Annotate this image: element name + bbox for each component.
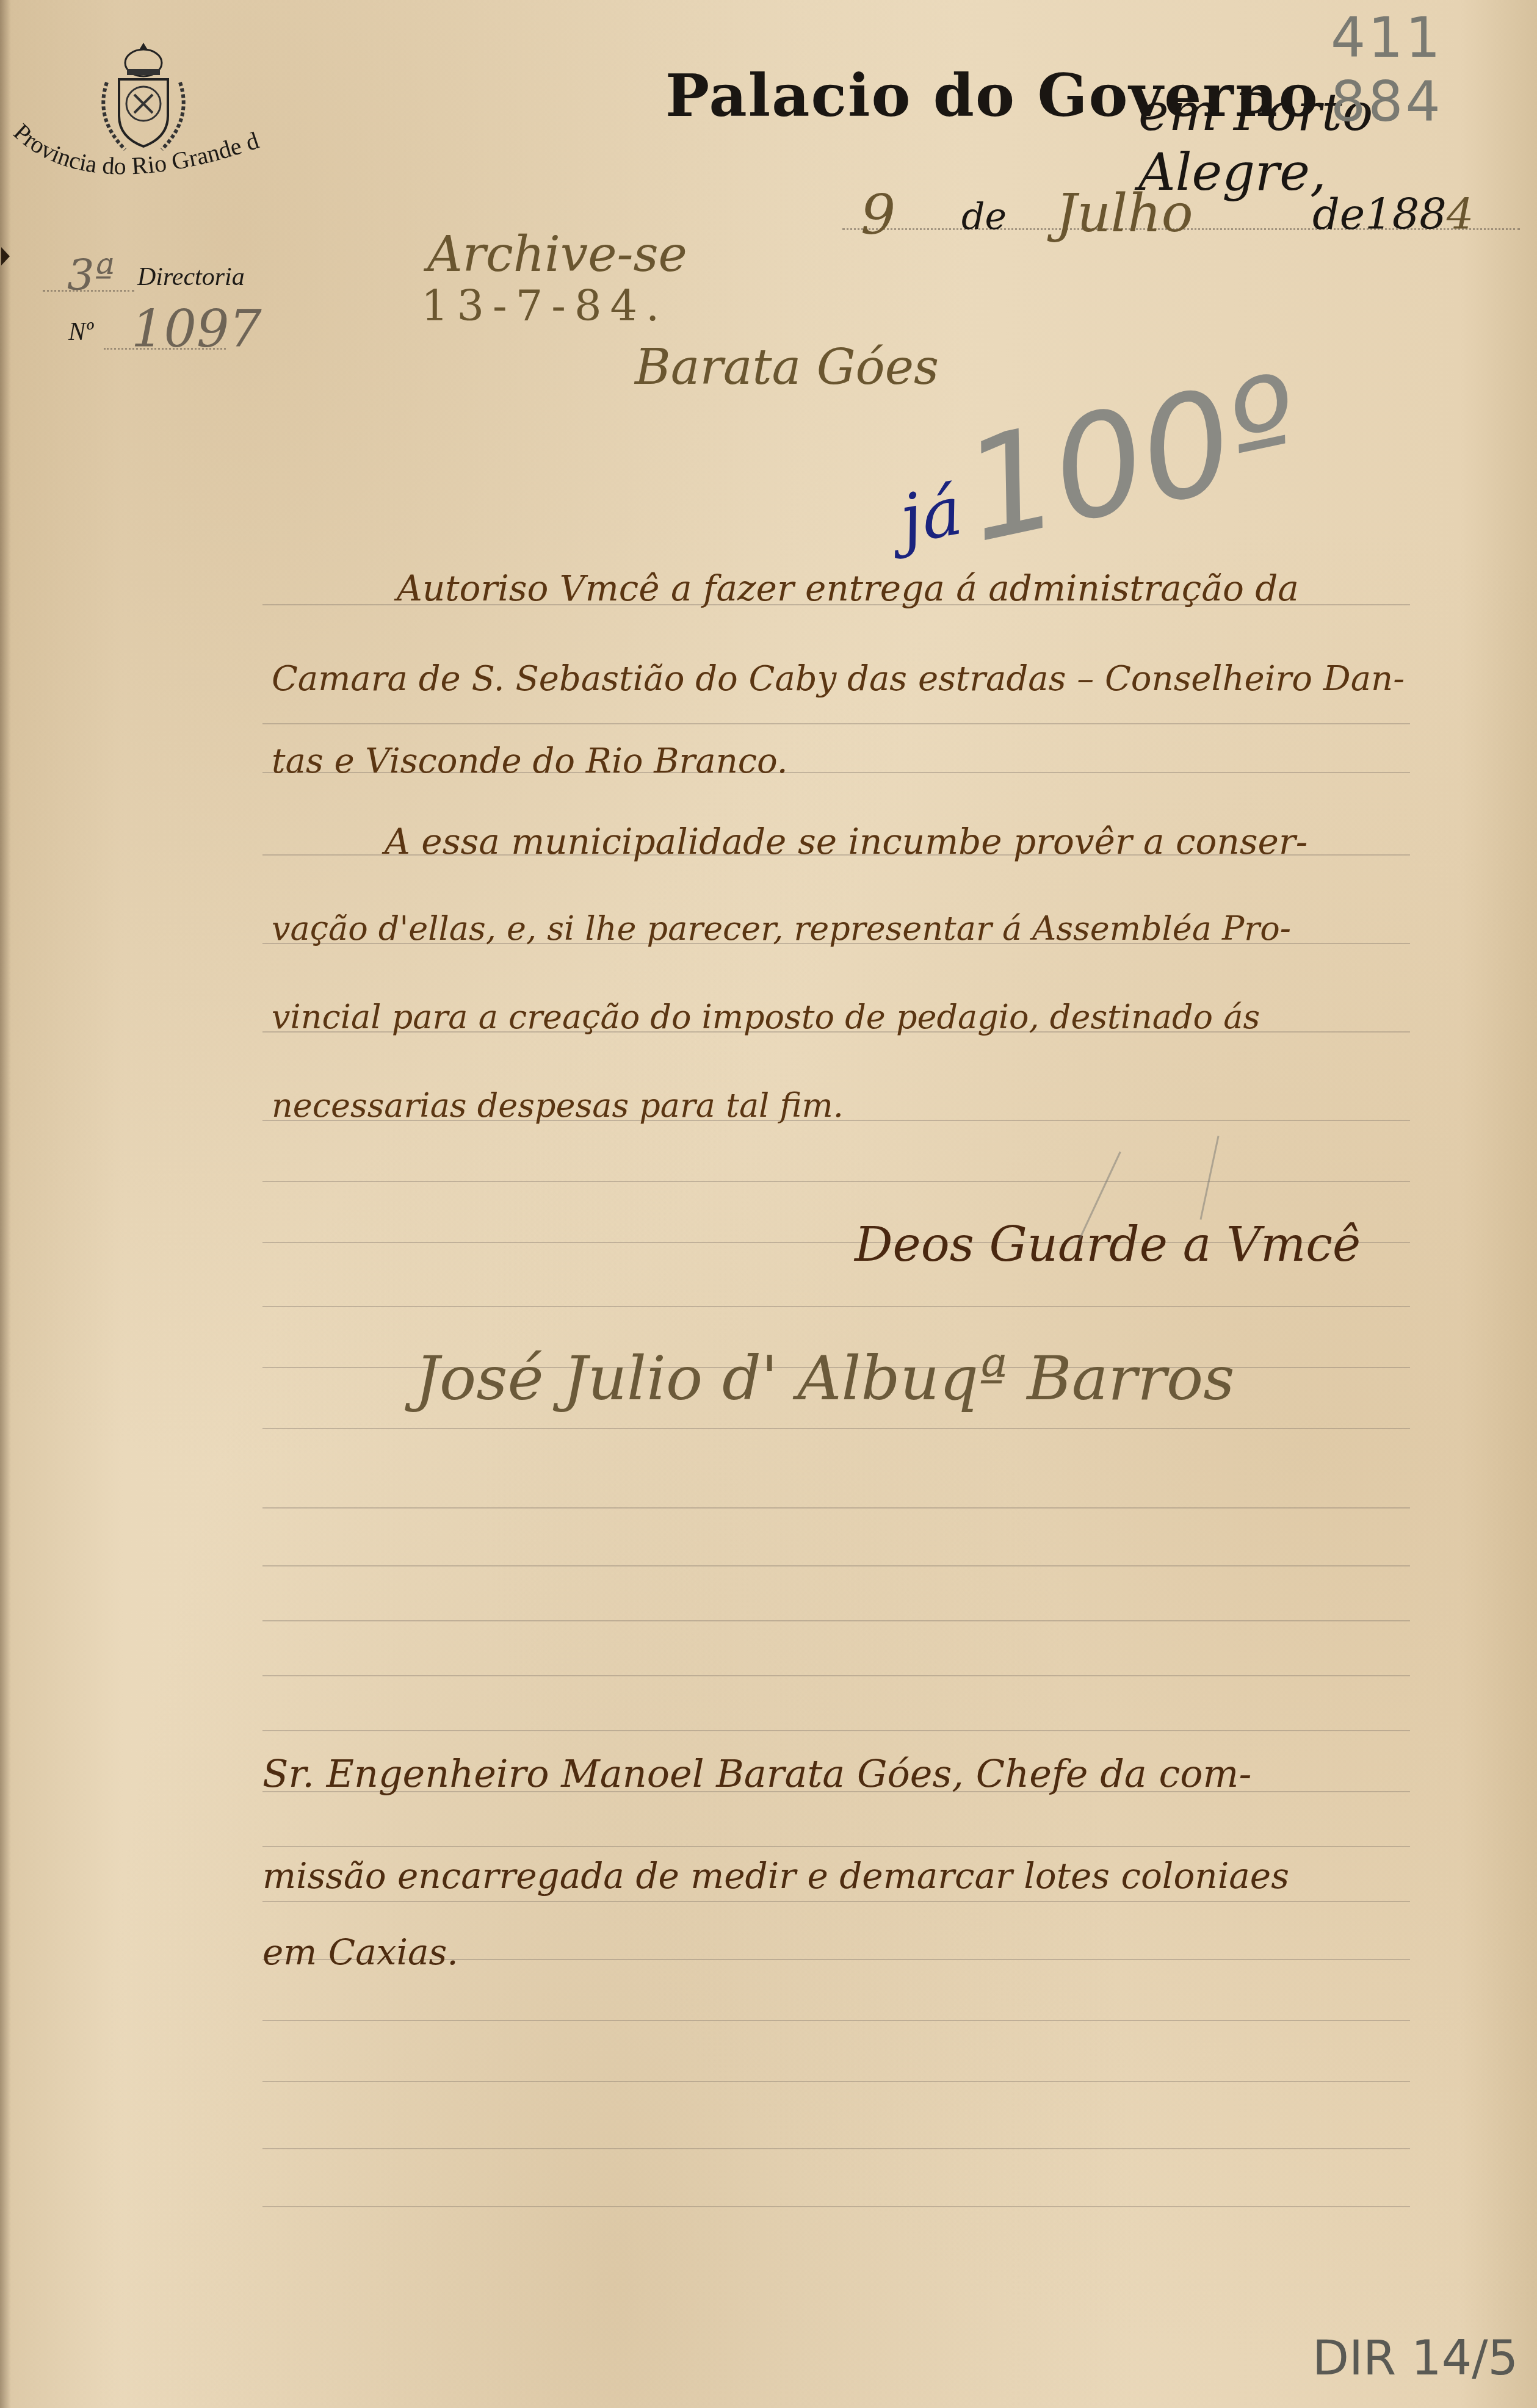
blue-annotation: já bbox=[894, 471, 967, 558]
directoria-field bbox=[43, 278, 134, 292]
date-year-printed: 188 bbox=[1365, 189, 1447, 239]
pencil-stroke bbox=[1199, 1136, 1219, 1220]
ruled-line bbox=[262, 1620, 1410, 1621]
signature: José Julio d' Albuqª Barros bbox=[415, 1343, 1234, 1414]
directoria-label: Directoria bbox=[137, 262, 245, 292]
date-month: Julho bbox=[1056, 183, 1193, 244]
body-p2-line3: vincial para a creação do imposto de ped… bbox=[272, 998, 1260, 1036]
directoria-number: 3ª bbox=[67, 250, 115, 300]
archive-note-name: Barata Góes bbox=[635, 339, 939, 395]
body-p1-line3: tas e Visconde do Rio Branco. bbox=[272, 741, 788, 781]
ruled-line bbox=[262, 1675, 1410, 1676]
body-p2-line4: necessarias despesas para tal fim. bbox=[272, 1086, 844, 1125]
ruled-line bbox=[262, 1846, 1410, 1847]
date-day: 9 bbox=[861, 183, 895, 247]
ruled-line bbox=[262, 1428, 1410, 1429]
body-p1-line2: Camara de S. Sebastião do Caby das estra… bbox=[272, 659, 1405, 699]
date-de-2: de bbox=[1312, 189, 1365, 239]
ruled-line bbox=[262, 2020, 1410, 2021]
ruled-line bbox=[262, 2148, 1410, 2149]
document-number: 1097 bbox=[131, 299, 262, 359]
date-year: de1884 bbox=[1312, 189, 1474, 239]
ruled-line bbox=[262, 723, 1410, 724]
number-label: Nº bbox=[68, 317, 93, 347]
ruled-line bbox=[262, 2206, 1410, 2207]
binding-edge bbox=[0, 0, 11, 2408]
svg-text:Provincia do Rio Grande do Sul: Provincia do Rio Grande do Sul. bbox=[6, 122, 262, 180]
ruled-line bbox=[262, 1181, 1410, 1182]
archive-note-date: 13-7-84. bbox=[421, 281, 668, 331]
date-de-1: de bbox=[961, 195, 1007, 238]
ruled-line bbox=[262, 1730, 1410, 1731]
body-p2-line2: vação d'ellas, e, si lhe parecer, repres… bbox=[272, 909, 1291, 948]
ruled-line bbox=[262, 1306, 1410, 1307]
addressee-line2: missão encarregada de medir e demarcar l… bbox=[262, 1855, 1289, 1897]
pencil-annotation-large: 100º bbox=[951, 345, 1312, 574]
ruled-line bbox=[262, 1507, 1410, 1509]
catalog-number: 411 884 bbox=[1331, 6, 1537, 134]
body-p1-line1: Autoriso Vmcê a fazer entrega á administ… bbox=[397, 568, 1299, 609]
date-year-hand: 4 bbox=[1447, 189, 1474, 239]
archive-reference: DIR 14/5 bbox=[1312, 2331, 1518, 2386]
addressee-line1: Sr. Engenheiro Manoel Barata Góes, Chefe… bbox=[262, 1751, 1251, 1796]
archive-note-line1: Archive-se bbox=[427, 226, 687, 283]
ruled-line bbox=[262, 1901, 1410, 1902]
ruled-line bbox=[262, 2081, 1410, 2082]
addressee-line3: em Caxias. bbox=[262, 1931, 458, 1973]
ruled-line bbox=[262, 1565, 1410, 1566]
body-p2-line1: A essa municipalidade se incumbe provêr … bbox=[385, 821, 1307, 862]
province-name: Provincia do Rio Grande do Sul. bbox=[6, 122, 262, 195]
salutation: Deos Guarde a Vmcê bbox=[855, 1217, 1361, 1272]
